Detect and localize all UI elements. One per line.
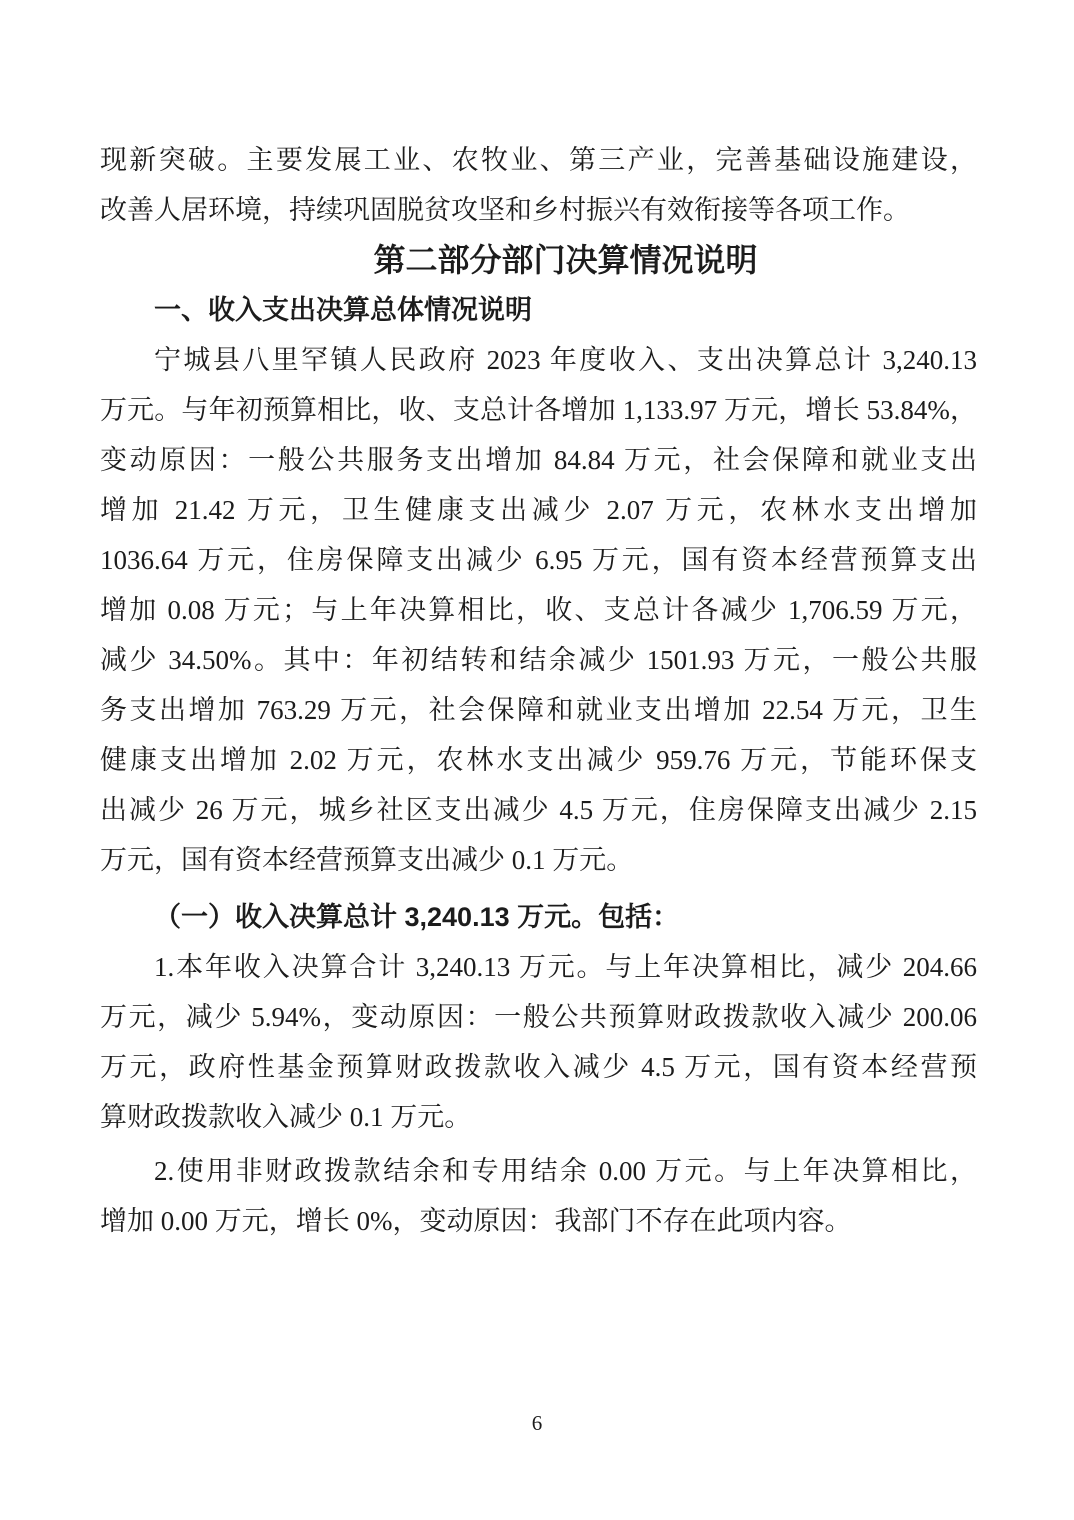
part-title: 第二部分部门决算情况说明 (127, 235, 1004, 285)
overview-line-4: 增加 21.42 万元，卫生健康支出减少 2.07 万元，农林水支出增加 (100, 485, 977, 535)
item1-line-4: 算财政拨款收入减少 0.1 万元。 (100, 1092, 977, 1142)
overview-line-10: 出减少 26 万元，城乡社区支出减少 4.5 万元，住房保障支出减少 2.15 (100, 785, 977, 835)
intro-line-2: 改善人居环境，持续巩固脱贫攻坚和乡村振兴有效衔接等各项工作。 (100, 185, 977, 235)
section-heading: 一、收入支出决算总体情况说明 (100, 285, 977, 335)
overview-line-7: 减少 34.50%。其中：年初结转和结余减少 1501.93 万元，一般公共服 (100, 635, 977, 685)
overview-line-1: 宁城县八里罕镇人民政府 2023 年度收入、支出决算总计 3,240.13 (100, 335, 977, 385)
page-number: 6 (0, 1408, 1074, 1438)
document-page: 现新突破。主要发展工业、农牧业、第三产业，完善基础设施建设， 改善人居环境，持续… (0, 0, 1074, 1520)
overview-line-5: 1036.64 万元，住房保障支出减少 6.95 万元，国有资本经营预算支出 (100, 535, 977, 585)
item1-line-3: 万元，政府性基金预算财政拨款收入减少 4.5 万元，国有资本经营预 (100, 1042, 977, 1092)
overview-line-6: 增加 0.08 万元；与上年决算相比，收、支总计各减少 1,706.59 万元， (100, 585, 977, 635)
item2-line-1: 2.使用非财政拨款结余和专用结余 0.00 万元。与上年决算相比， (100, 1146, 977, 1196)
overview-line-8: 务支出增加 763.29 万元，社会保障和就业支出增加 22.54 万元，卫生 (100, 685, 977, 735)
overview-line-3: 变动原因：一般公共服务支出增加 84.84 万元，社会保障和就业支出 (100, 435, 977, 485)
overview-line-9: 健康支出增加 2.02 万元，农林水支出减少 959.76 万元，节能环保支 (100, 735, 977, 785)
intro-line-1: 现新突破。主要发展工业、农牧业、第三产业，完善基础设施建设， (100, 135, 977, 185)
subsection-heading: （一）收入决算总计 3,240.13 万元。包括： (100, 892, 977, 942)
item1-line-1: 1.本年收入决算合计 3,240.13 万元。与上年决算相比，减少 204.66 (100, 942, 977, 992)
item2-line-2: 增加 0.00 万元，增长 0%，变动原因：我部门不存在此项内容。 (100, 1196, 977, 1246)
overview-line-11: 万元，国有资本经营预算支出减少 0.1 万元。 (100, 835, 977, 885)
overview-line-2: 万元。与年初预算相比，收、支总计各增加 1,133.97 万元，增长 53.84… (100, 385, 977, 435)
item1-line-2: 万元，减少 5.94%，变动原因：一般公共预算财政拨款收入减少 200.06 (100, 992, 977, 1042)
